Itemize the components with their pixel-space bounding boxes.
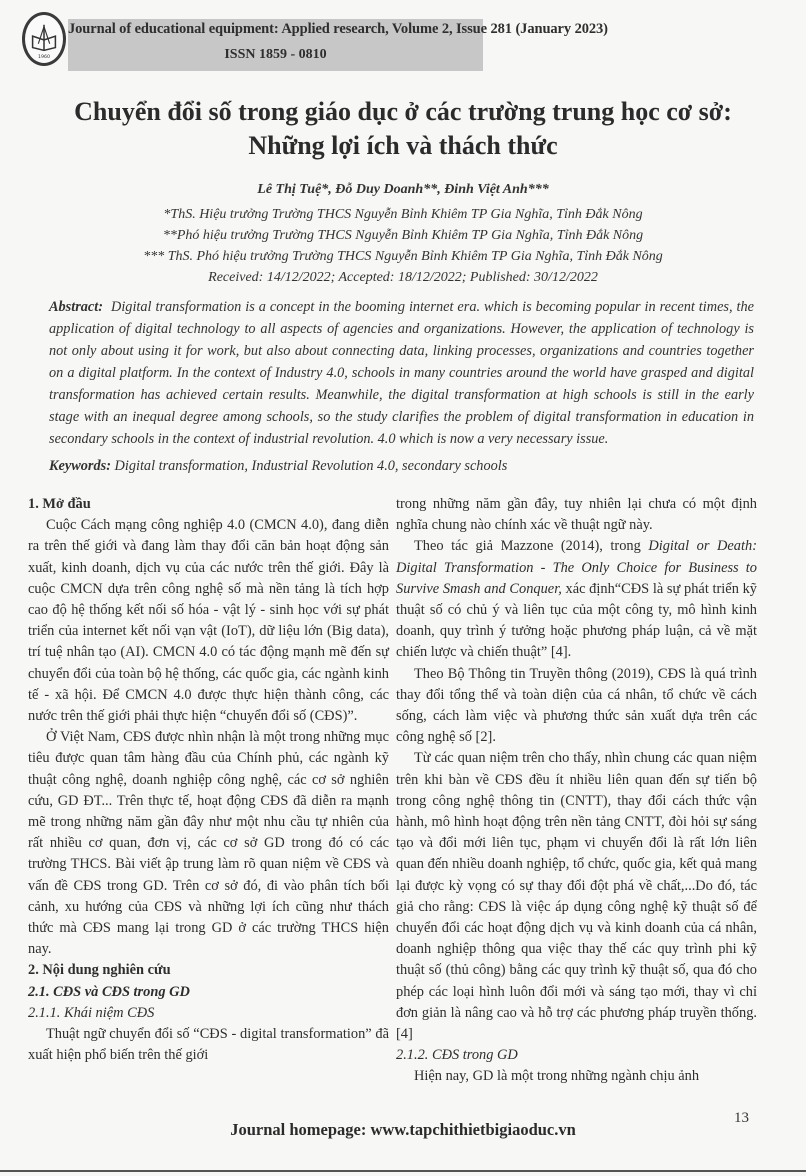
bottom-divider [0, 1170, 806, 1172]
article-title: Chuyển đổi số trong giáo dục ở các trườn… [0, 95, 806, 163]
subsection-heading-2-1-1: 2.1.1. Khái niệm CĐS [28, 1003, 389, 1024]
keywords: Keywords: Digital transformation, Indust… [49, 458, 754, 475]
title-line-2: Những lợi ích và thách thức [0, 129, 806, 163]
paragraph: Theo Bộ Thông tin Truyền thông (2019), C… [396, 664, 757, 749]
paragraph: Hiện nay, GD là một trong những ngành ch… [396, 1066, 757, 1087]
journal-homepage: Journal homepage: www.tapchithietbigiaod… [0, 1120, 806, 1140]
title-line-1: Chuyển đổi số trong giáo dục ở các trườn… [0, 95, 806, 129]
subsection-heading-2-1-2: 2.1.2. CĐS trong GD [396, 1045, 757, 1066]
svg-text:1960: 1960 [38, 54, 50, 60]
affiliation-2: **Phó hiệu trưởng Trường THCS Nguyễn Bỉn… [0, 227, 806, 245]
paragraph: Ở Việt Nam, CĐS được nhìn nhận là một tr… [28, 727, 389, 960]
journal-header: 1960 Journal of educational equipment: A… [0, 0, 806, 80]
affiliation-1: *ThS. Hiệu trưởng Trường THCS Nguyễn Bỉn… [0, 206, 806, 224]
issn: ISSN 1859 - 0810 [68, 47, 483, 63]
journal-title-line: Journal of educational equipment: Applie… [68, 21, 483, 38]
paragraph: Từ các quan niệm trên cho thấy, nhìn chu… [396, 748, 757, 1045]
paragraph-mazzone: Theo tác giả Mazzone (2014), trong Digit… [396, 536, 757, 663]
keywords-label: Keywords: [49, 458, 111, 474]
paragraph: trong những năm gần đây, tuy nhiên lại c… [396, 494, 757, 536]
paragraph: Thuật ngữ chuyển đổi số “CĐS - digital t… [28, 1024, 389, 1066]
section-heading-intro: 1. Mở đầu [28, 494, 389, 515]
text: Theo tác giả Mazzone (2014), trong [414, 538, 648, 554]
abstract-text: Digital transformation is a concept in t… [49, 299, 754, 447]
paragraph: Cuộc Cách mạng công nghiệp 4.0 (CMCN 4.0… [28, 515, 389, 727]
left-column: 1. Mở đầu Cuộc Cách mạng công nghiệp 4.0… [28, 494, 389, 1066]
subsection-heading-2-1: 2.1. CĐS và CĐS trong GD [28, 982, 389, 1003]
authors: Lê Thị Tuệ*, Đỗ Duy Doanh**, Đinh Việt A… [0, 182, 806, 198]
section-heading-content: 2. Nội dung nghiên cứu [28, 960, 389, 981]
abstract: Abstract: Digital transformation is a co… [49, 296, 754, 450]
keywords-text: Digital transformation, Industrial Revol… [115, 458, 508, 474]
affiliation-3: *** ThS. Phó hiệu trưởng Trường THCS Ngu… [0, 248, 806, 266]
open-book-emblem-icon: 1960 [25, 15, 63, 63]
abstract-label: Abstract: [49, 299, 103, 315]
publication-dates: Received: 14/12/2022; Accepted: 18/12/20… [0, 269, 806, 287]
journal-logo-icon: 1960 [22, 12, 66, 66]
right-column: trong những năm gần đây, tuy nhiên lại c… [396, 494, 757, 1088]
